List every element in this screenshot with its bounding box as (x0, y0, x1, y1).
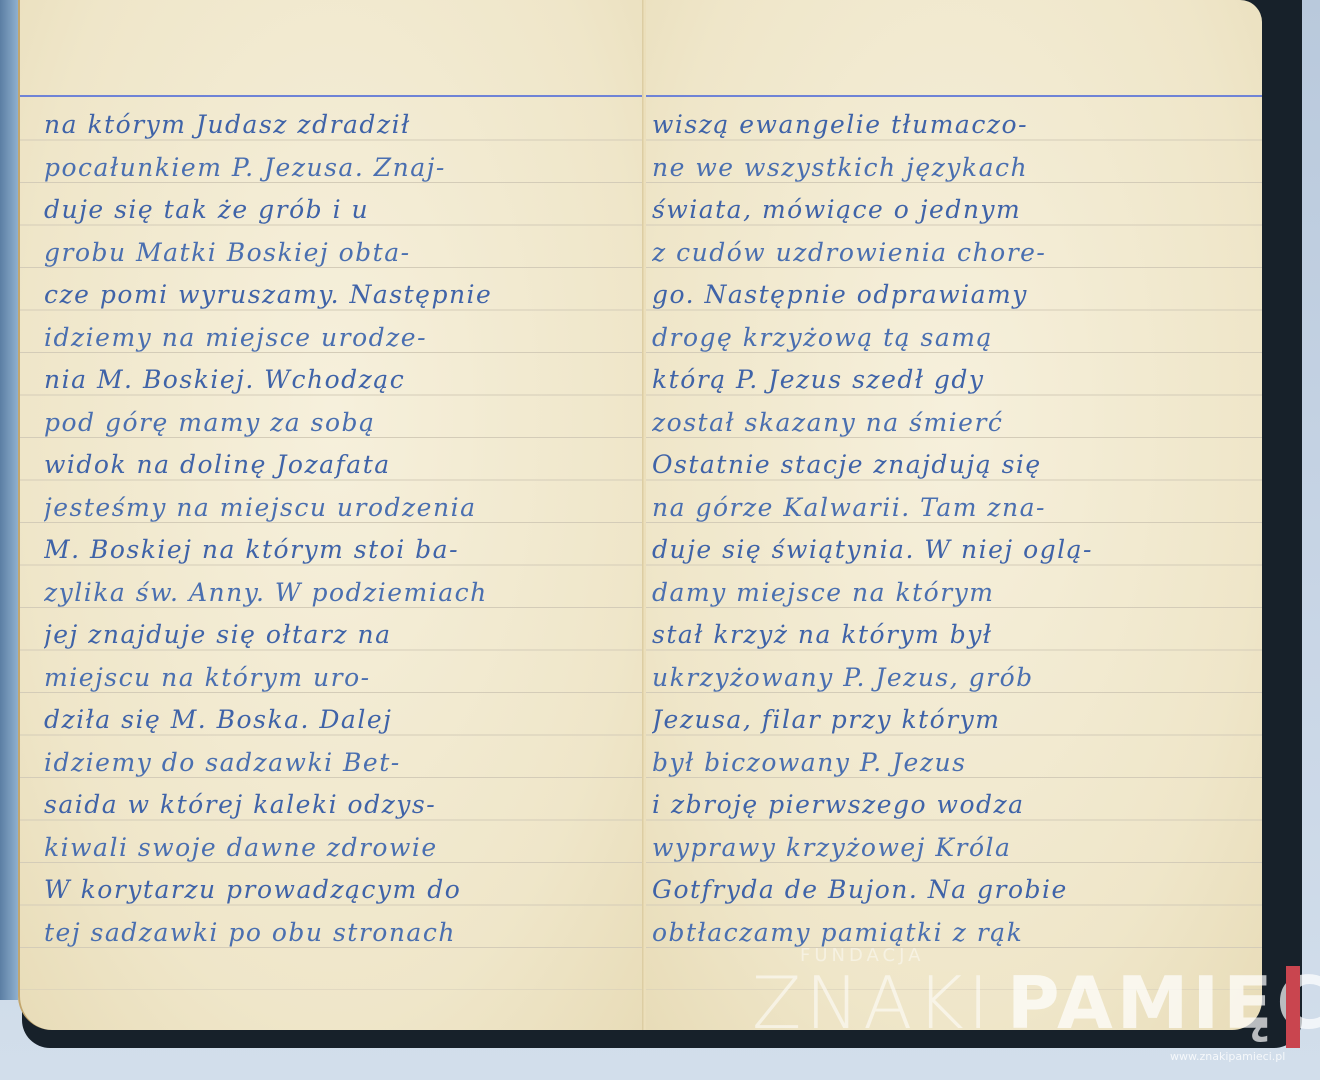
right-page-text: wiszą ewangelie tłumaczo- ne we wszystki… (652, 104, 1254, 954)
handwritten-line: na którym Judasz zdradził (44, 104, 638, 147)
header-rule (20, 95, 646, 97)
handwritten-line: dziła się M. Boska. Dalej (44, 699, 638, 742)
handwritten-line: nia M. Boskiej. Wchodząc (44, 359, 638, 402)
handwritten-line: stał krzyż na którym był (652, 614, 1254, 657)
handwritten-line: idziemy do sadzawki Bet- (44, 742, 638, 785)
handwritten-line: cze pomi wyruszamy. Następnie (44, 274, 638, 317)
watermark-word-bold: PAMIĘCI (1007, 961, 1320, 1045)
handwritten-line: tej sadzawki po obu stronach (44, 912, 638, 955)
handwritten-line: damy miejsce na którym (652, 572, 1254, 615)
handwritten-line: duje się świątynia. W niej oglą- (652, 529, 1254, 572)
handwritten-line: wiszą ewangelie tłumaczo- (652, 104, 1254, 147)
handwritten-line: obtłaczamy pamiątki z rąk (652, 912, 1254, 955)
handwritten-line: którą P. Jezus szedł gdy (652, 359, 1254, 402)
handwritten-line: ne we wszystkich językach (652, 147, 1254, 190)
handwritten-line: drogę krzyżową tą samą (652, 317, 1254, 360)
handwritten-line: jesteśmy na miejscu urodzenia (44, 487, 638, 530)
notebook-scan: na którym Judasz zdradził pocałunkiem P.… (0, 0, 1320, 1080)
handwritten-line: był biczowany P. Jezus (652, 742, 1254, 785)
handwritten-line: duje się tak że grób i u (44, 189, 638, 232)
handwritten-line: M. Boskiej na którym stoi ba- (44, 529, 638, 572)
handwritten-line: pod górę mamy za sobą (44, 402, 638, 445)
scanner-background-edge (0, 0, 18, 1000)
handwritten-line: Gotfryda de Bujon. Na grobie (652, 869, 1254, 912)
handwritten-line: go. Następnie odprawiamy (652, 274, 1254, 317)
left-page-text: na którym Judasz zdradził pocałunkiem P.… (44, 104, 638, 954)
watermark-accent-bar (1286, 966, 1300, 1048)
handwritten-line: widok na dolinę Jozafata (44, 444, 638, 487)
handwritten-line: i zbroję pierwszego wodza (652, 784, 1254, 827)
handwritten-line: na górze Kalwarii. Tam zna- (652, 487, 1254, 530)
header-rule (646, 95, 1262, 97)
right-page: wiszą ewangelie tłumaczo- ne we wszystki… (646, 0, 1262, 1030)
handwritten-line: świata, mówiące o jednym (652, 189, 1254, 232)
handwritten-line: Jezusa, filar przy którym (652, 699, 1254, 742)
handwritten-line: z cudów uzdrowienia chore- (652, 232, 1254, 275)
watermark-url: www.znakipamieci.pl (1170, 1050, 1285, 1063)
handwritten-line: zylika św. Anny. W podziemiach (44, 572, 638, 615)
handwritten-line: W korytarzu prowadzącym do (44, 869, 638, 912)
handwritten-line: pocałunkiem P. Jezusa. Znaj- (44, 147, 638, 190)
handwritten-line: kiwali swoje dawne zdrowie (44, 827, 638, 870)
handwritten-line: wyprawy krzyżowej Króla (652, 827, 1254, 870)
handwritten-line: Ostatnie stacje znajdują się (652, 444, 1254, 487)
handwritten-line: saida w której kaleki odzys- (44, 784, 638, 827)
watermark-logo: ZNAKI PAMIĘCI (752, 962, 1320, 1044)
handwritten-line: został skazany na śmierć (652, 402, 1254, 445)
handwritten-line: grobu Matki Boskiej obta- (44, 232, 638, 275)
handwritten-line: jej znajduje się ołtarz na (44, 614, 638, 657)
handwritten-line: idziemy na miejsce urodze- (44, 317, 638, 360)
handwritten-line: ukrzyżowany P. Jezus, grób (652, 657, 1254, 700)
handwritten-line: miejscu na którym uro- (44, 657, 638, 700)
left-page: na którym Judasz zdradził pocałunkiem P.… (18, 0, 646, 1030)
watermark-word-light: ZNAKI (752, 961, 993, 1045)
